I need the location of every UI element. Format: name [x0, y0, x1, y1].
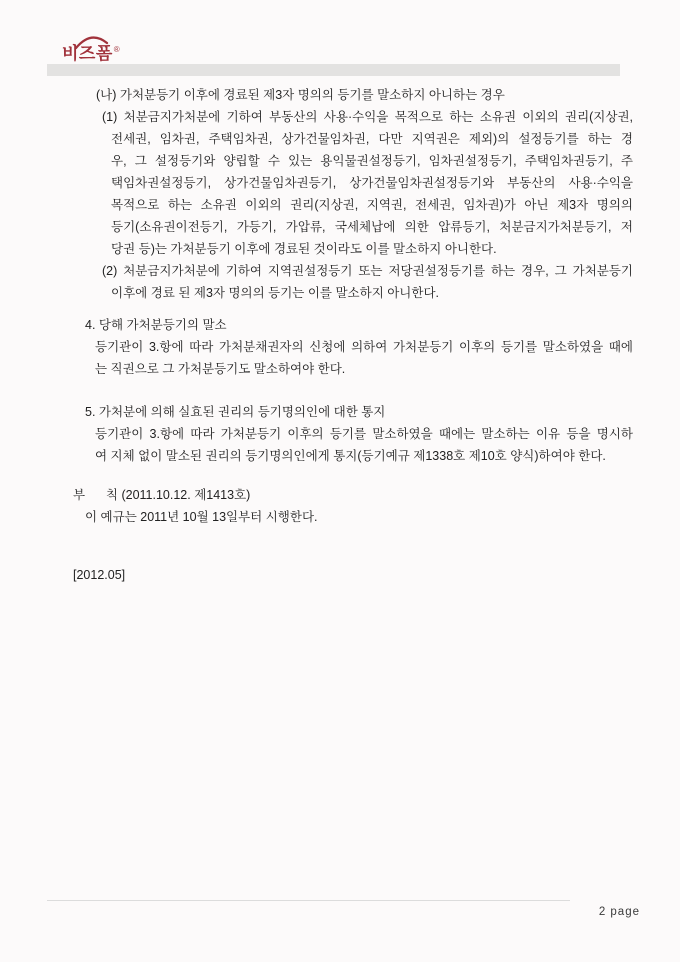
addendum-heading: 부 칙 (2011.10.12. 제1413호) — [73, 484, 633, 506]
document-line: 등기관이 3.항에 따라 가처분채권자의 신청에 의하여 가처분등기 이후의 등… — [95, 336, 633, 358]
document-line: 는 직권으로 그 가처분등기도 말소하여야 한다. — [95, 358, 633, 380]
bizforms-logo: 비즈폼® — [62, 40, 120, 64]
registered-mark: ® — [114, 45, 120, 54]
document-line: 전세권, 임차권, 주택임차권, 상가건물임차권, 다만 지역권은 제외)의 설… — [111, 128, 633, 150]
document-line: 우, 그 설정등기와 양립할 수 있는 용익물권설정등기, 임차권설정등기, 주… — [111, 150, 633, 172]
document-line: 등기(소유권이전등기, 가등기, 가압류, 국세체납에 의한 압류등기, 처분금… — [111, 216, 633, 238]
revision-date: [2012.05] — [73, 564, 633, 586]
footer-divider-line — [47, 900, 570, 901]
document-page: 비즈폼® (나) 가처분등기 이후에 경료된 제3자 명의의 등기를 말소하지 … — [0, 0, 680, 962]
document-line: 이후에 경료 된 제3자 명의의 등기는 이를 말소하지 아니한다. — [111, 282, 633, 304]
document-line: 당권 등)는 가처분등기 이후에 경료된 것이라도 이를 말소하지 아니한다. — [111, 238, 633, 260]
document-body: (나) 가처분등기 이후에 경료된 제3자 명의의 등기를 말소하지 아니하는 … — [0, 84, 680, 586]
section-4-heading: 4. 당해 가처분등기의 말소 — [85, 314, 633, 336]
section-5-heading: 5. 가처분에 의해 실효된 권리의 등기명의인에 대한 통지 — [85, 401, 633, 423]
document-line: 목적으로 하는 소유권 이외의 권리(지상권, 지역권, 전세권, 임차권)가 … — [111, 194, 633, 216]
document-line: (1) 처분금지가처분에 기하여 부동산의 사용·수익을 목적으로 하는 소유권… — [102, 106, 633, 128]
logo-text: 비즈폼 — [62, 44, 113, 63]
page-number: 2 page — [599, 906, 640, 918]
document-line: 등기관이 3.항에 따라 가처분등기 이후의 등기를 말소하였을 때에는 말소하… — [95, 423, 633, 445]
header-divider-bar — [47, 64, 620, 76]
document-line: 여 지체 없이 말소된 권리의 등기명의인에게 통지(등기예규 제1338호 제… — [95, 445, 633, 467]
document-line: 택임차권설정등기, 상가건물임차권등기, 상가건물임차권설정등기와 부동산의 사… — [111, 172, 633, 194]
document-line: (나) 가처분등기 이후에 경료된 제3자 명의의 등기를 말소하지 아니하는 … — [96, 84, 633, 106]
document-line: 이 예규는 2011년 10월 13일부터 시행한다. — [85, 506, 633, 528]
document-line: (2) 처분금지가처분에 기하여 지역권설정등기 또는 저당권설정등기를 하는 … — [102, 260, 633, 282]
